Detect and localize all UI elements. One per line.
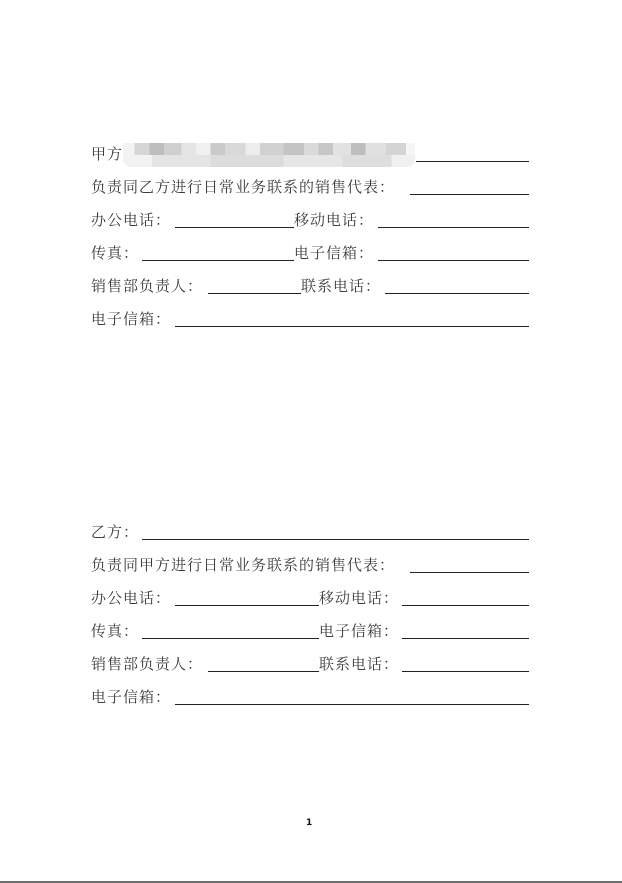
document-page: 甲方 负责同乙方进行日常业务联系的销售代表： 办公电话： 移动电话： 传真： 电… bbox=[0, 0, 622, 881]
party-a-rep-label: 负责同乙方进行日常业务联系的销售代表： bbox=[91, 176, 395, 198]
party-a-email-label-2: 电子信箱： bbox=[91, 308, 171, 330]
party-b-mobile-phone-field[interactable] bbox=[402, 605, 529, 606]
party-a-sales-head-label: 销售部负责人： bbox=[91, 275, 203, 297]
party-b-contact-phone-field[interactable] bbox=[402, 671, 529, 672]
party-b-email-field-2[interactable] bbox=[175, 704, 529, 705]
party-b-name-row: 乙方： bbox=[91, 521, 529, 543]
party-a-mobile-phone-field[interactable] bbox=[378, 227, 529, 228]
page-number: 1 bbox=[306, 818, 312, 828]
party-b-contact-phone-label: 联系电话： bbox=[319, 653, 399, 675]
party-b-email-row: 电子信箱： bbox=[91, 686, 529, 708]
party-b-label: 乙方： bbox=[91, 521, 139, 543]
party-b-mobile-phone-label: 移动电话： bbox=[319, 587, 399, 609]
party-a-email-field-1[interactable] bbox=[378, 260, 529, 261]
party-b-sales-head-label: 销售部负责人： bbox=[91, 653, 203, 675]
party-b-fax-label: 传真： bbox=[91, 620, 139, 642]
party-a-phone-row: 办公电话： 移动电话： bbox=[91, 209, 529, 231]
party-a-email-field-2[interactable] bbox=[175, 326, 529, 327]
party-b-email-label-2: 电子信箱： bbox=[91, 686, 171, 708]
party-b-email-label-1: 电子信箱： bbox=[319, 620, 399, 642]
party-a-mobile-phone-label: 移动电话： bbox=[294, 209, 374, 231]
party-b-sales-head-field[interactable] bbox=[208, 671, 319, 672]
party-a-office-phone-label: 办公电话： bbox=[91, 209, 171, 231]
party-a-sales-head-field[interactable] bbox=[208, 293, 301, 294]
redacted-party-a-name bbox=[123, 143, 415, 167]
party-b-rep-row: 负责同甲方进行日常业务联系的销售代表： bbox=[91, 554, 529, 576]
party-a-fax-row: 传真： 电子信箱： bbox=[91, 242, 529, 264]
party-b-sales-head-row: 销售部负责人： 联系电话： bbox=[91, 653, 529, 675]
party-a-email-row: 电子信箱： bbox=[91, 308, 529, 330]
party-b-rep-field[interactable] bbox=[410, 572, 529, 573]
party-b-fax-field[interactable] bbox=[142, 638, 319, 639]
party-a-rep-field[interactable] bbox=[410, 194, 529, 195]
party-a-fax-label: 传真： bbox=[91, 242, 139, 264]
party-b-email-field-1[interactable] bbox=[402, 638, 529, 639]
party-b-office-phone-field[interactable] bbox=[175, 605, 319, 606]
party-b-fax-row: 传真： 电子信箱： bbox=[91, 620, 529, 642]
party-a-office-phone-field[interactable] bbox=[175, 227, 294, 228]
party-a-label: 甲方 bbox=[91, 143, 123, 165]
party-a-fax-field[interactable] bbox=[142, 260, 294, 261]
party-a-name-field[interactable] bbox=[416, 161, 529, 162]
party-b-office-phone-label: 办公电话： bbox=[91, 587, 171, 609]
party-b-name-field[interactable] bbox=[142, 539, 529, 540]
party-a-contact-phone-label: 联系电话： bbox=[301, 275, 381, 297]
party-a-email-label-1: 电子信箱： bbox=[294, 242, 374, 264]
party-b-rep-label: 负责同甲方进行日常业务联系的销售代表： bbox=[91, 554, 395, 576]
party-a-contact-phone-field[interactable] bbox=[385, 293, 529, 294]
party-a-rep-row: 负责同乙方进行日常业务联系的销售代表： bbox=[91, 176, 529, 198]
party-b-phone-row: 办公电话： 移动电话： bbox=[91, 587, 529, 609]
party-a-sales-head-row: 销售部负责人： 联系电话： bbox=[91, 275, 529, 297]
